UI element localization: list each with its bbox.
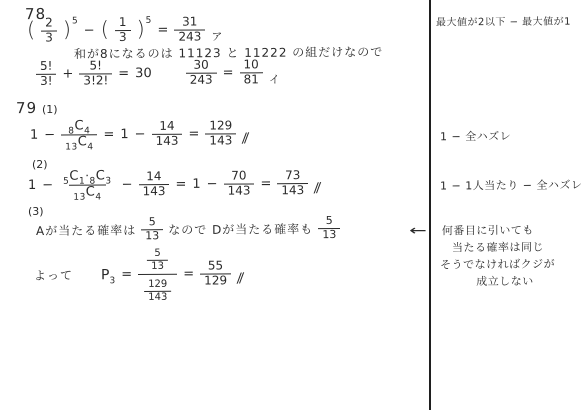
- combination-lower-index: 5: [63, 177, 69, 187]
- combination-choose-index: 1: [79, 177, 85, 187]
- multiplication-dot: ·: [85, 169, 89, 183]
- fraction-14-143: 14143: [151, 120, 182, 149]
- note-line: 成立しない: [476, 273, 555, 291]
- part3-text-before: Aが当たる確率は: [36, 221, 136, 239]
- combination-C: C: [74, 118, 84, 133]
- fraction-numerator: 31: [178, 15, 201, 29]
- combination-choose-index: 4: [95, 192, 101, 202]
- number-one: 1: [28, 178, 36, 193]
- fraction-numerator: 10: [239, 58, 262, 72]
- minus-sign: −: [44, 128, 55, 143]
- margin-note-lottery-fairness: 何番目に引いても 当たる確率は同じ そうでなければクジが 成立しない: [436, 222, 555, 291]
- fraction-numerator: 129: [205, 119, 236, 133]
- p-subscript-3: 3: [109, 276, 115, 286]
- fraction-denominator: 143: [205, 133, 236, 148]
- conclusion-word: よって: [34, 266, 73, 283]
- equals-sign: =: [157, 22, 168, 37]
- combination-choose-index: 4: [84, 126, 90, 136]
- fraction-numerator: 5: [150, 248, 164, 260]
- minus-sign: −: [122, 177, 133, 192]
- fraction-5-13: 513: [141, 216, 163, 242]
- right-paren: ): [136, 17, 144, 41]
- complex-fraction: 513 129143: [138, 246, 177, 303]
- qed-slashes: //: [241, 131, 247, 146]
- combination-C: C: [96, 168, 106, 183]
- fraction-5C1-8C3-over-13C4: 5C1·8C3 13C4: [59, 169, 116, 200]
- minus-sign: −: [207, 177, 218, 192]
- qed-slashes: //: [313, 181, 319, 196]
- fraction-numerator: 30: [189, 59, 212, 73]
- fraction-numerator: 14: [155, 120, 178, 134]
- margin-note-per-person: 1 − 1人当たり − 全ハズレ: [440, 177, 583, 194]
- probability-symbol-P: P3: [101, 267, 115, 283]
- left-arrow-icon: ←: [409, 223, 427, 239]
- plus-sign: +: [62, 66, 73, 81]
- problem-78-equation-2: 5!3! + 5!3!2! = 30 30243 = 1081 イ: [36, 58, 280, 88]
- combination-lower-index: 13: [65, 142, 78, 152]
- fraction-denominator: 3!2!: [79, 73, 112, 88]
- fraction-2-3: 23: [41, 16, 57, 45]
- fraction-129-143: 129143: [144, 279, 171, 303]
- fraction-denominator: 129: [200, 273, 231, 288]
- answer-mark-i: イ: [269, 71, 280, 87]
- fraction-5-13: 513: [318, 215, 340, 241]
- equals-sign: =: [121, 267, 132, 282]
- fraction-denominator: 143: [152, 134, 183, 149]
- problem-79-part1-equation: 1 − 8C4 13C4 = 1 − 14143 = 129143 //: [30, 118, 247, 150]
- equals-sign: =: [175, 177, 186, 192]
- left-paren: (: [27, 18, 35, 42]
- fraction-denominator: 3: [41, 30, 57, 45]
- problem-79-part2-equation: 1 − 5C1·8C3 13C4 − 14143 = 1 − 70143 = 7…: [28, 168, 319, 201]
- combination-C: C: [86, 184, 96, 199]
- fraction-denominator: 3!: [36, 74, 57, 89]
- combination-13C4: 13C4: [61, 134, 97, 150]
- combination-lower-index: 13: [73, 193, 86, 203]
- fraction-5fact-3fact: 5!3!: [36, 60, 57, 89]
- fraction-numerator: 73: [281, 169, 304, 183]
- fraction-31-243: 31243: [174, 15, 205, 44]
- exponent-5: 5: [146, 16, 152, 26]
- equals-sign: =: [260, 176, 271, 191]
- note-line: 当たる確率は同じ: [452, 239, 555, 257]
- fraction-30-243: 30243: [186, 59, 217, 88]
- qed-slashes: //: [236, 271, 242, 286]
- fraction-denominator: 243: [186, 72, 217, 87]
- fraction-55-129: 55129: [200, 260, 231, 289]
- equals-sign: =: [118, 66, 129, 81]
- fraction-numerator: 5: [322, 215, 337, 228]
- problem-79-number: 79: [16, 99, 37, 117]
- fraction-1-3: 13: [115, 16, 131, 45]
- combination-choose-index: 4: [87, 142, 93, 152]
- equals-sign: =: [223, 65, 234, 80]
- combination-lower-index: 8: [90, 177, 96, 187]
- combination-C: C: [78, 134, 88, 149]
- exponent-5: 5: [72, 16, 78, 26]
- fraction-denominator: 81: [240, 72, 263, 87]
- minus-sign: −: [84, 23, 95, 38]
- fraction-73-143: 73143: [277, 169, 308, 198]
- margin-note-max-value: 最大値が2以下 − 最大値が1: [436, 13, 571, 29]
- right-paren: ): [63, 18, 71, 42]
- fraction-denominator: 243: [174, 29, 205, 44]
- fraction-denominator: 3: [115, 30, 131, 45]
- equals-sign: =: [103, 127, 114, 142]
- number-one: 1: [120, 127, 128, 142]
- part-1-label: (1): [42, 103, 58, 116]
- fraction-numerator: 5!: [85, 59, 106, 73]
- minus-sign: −: [135, 127, 146, 142]
- fraction-numerator: 1: [115, 16, 131, 30]
- fraction-14-143: 14143: [138, 170, 169, 199]
- note-line: 何番目に引いても: [442, 222, 555, 240]
- number-one: 1: [192, 177, 200, 192]
- left-paren: (: [101, 17, 109, 41]
- fraction-numerator: 2: [41, 16, 57, 30]
- number-one: 1: [30, 128, 38, 143]
- combination-13C4: 13C4: [69, 184, 105, 200]
- fraction-denominator: 143: [139, 184, 170, 199]
- fraction-129-143: 129143: [205, 119, 236, 148]
- part3-text-mid: なので Dが当たる確率も: [168, 220, 313, 238]
- equals-sign: =: [188, 127, 199, 142]
- complex-fraction-denominator: 129143: [138, 274, 177, 303]
- fraction-numerator: 55: [204, 260, 227, 274]
- fraction-denominator: 13: [318, 228, 340, 242]
- fraction-denominator: 143: [144, 290, 171, 303]
- problem-79-part3-equation: よって P3 = 513 129143 = 55129 //: [34, 245, 242, 303]
- complex-fraction-numerator: 513: [141, 246, 174, 274]
- equals-sign: =: [183, 267, 194, 282]
- problem-78-equation-1: ( 23 ) 5 − ( 13 ) 5 = 31243 ア: [27, 15, 222, 45]
- note-line: そうでなければクジが: [440, 256, 555, 274]
- fraction-denominator: 13: [141, 229, 163, 243]
- fraction-5fact-3fact2fact: 5!3!2!: [79, 59, 112, 88]
- fraction-numerator: 14: [142, 170, 165, 184]
- fraction-numerator: 5: [145, 216, 160, 229]
- fraction-8C4-13C4: 8C4 13C4: [61, 119, 97, 150]
- margin-divider-line: [429, 0, 431, 410]
- fraction-10-81: 1081: [239, 58, 262, 87]
- combination-choose-index: 3: [105, 176, 111, 186]
- margin-note-all-miss: 1 − 全ハズレ: [440, 128, 511, 144]
- result-30: 30: [135, 66, 152, 81]
- fraction-denominator: 13: [147, 259, 168, 272]
- combination-C: C: [69, 169, 79, 184]
- fraction-denominator: 143: [277, 183, 308, 198]
- fraction-70-143: 70143: [223, 170, 254, 199]
- fraction-numerator: 70: [227, 170, 250, 184]
- fraction-numerator: 129: [144, 279, 171, 291]
- fraction-5-13: 513: [147, 248, 168, 272]
- combination-8C4: 8C4: [64, 119, 94, 134]
- combination-lower-index: 8: [68, 126, 74, 136]
- fraction-denominator: 143: [224, 183, 255, 198]
- fraction-numerator: 5!: [36, 60, 57, 74]
- problem-79-part3-text: Aが当たる確率は 513 なので Dが当たる確率も 513: [36, 215, 340, 243]
- combination-product-5C1-8C3: 5C1·8C3: [59, 169, 116, 184]
- answer-mark-a: ア: [211, 29, 222, 45]
- minus-sign: −: [42, 178, 53, 193]
